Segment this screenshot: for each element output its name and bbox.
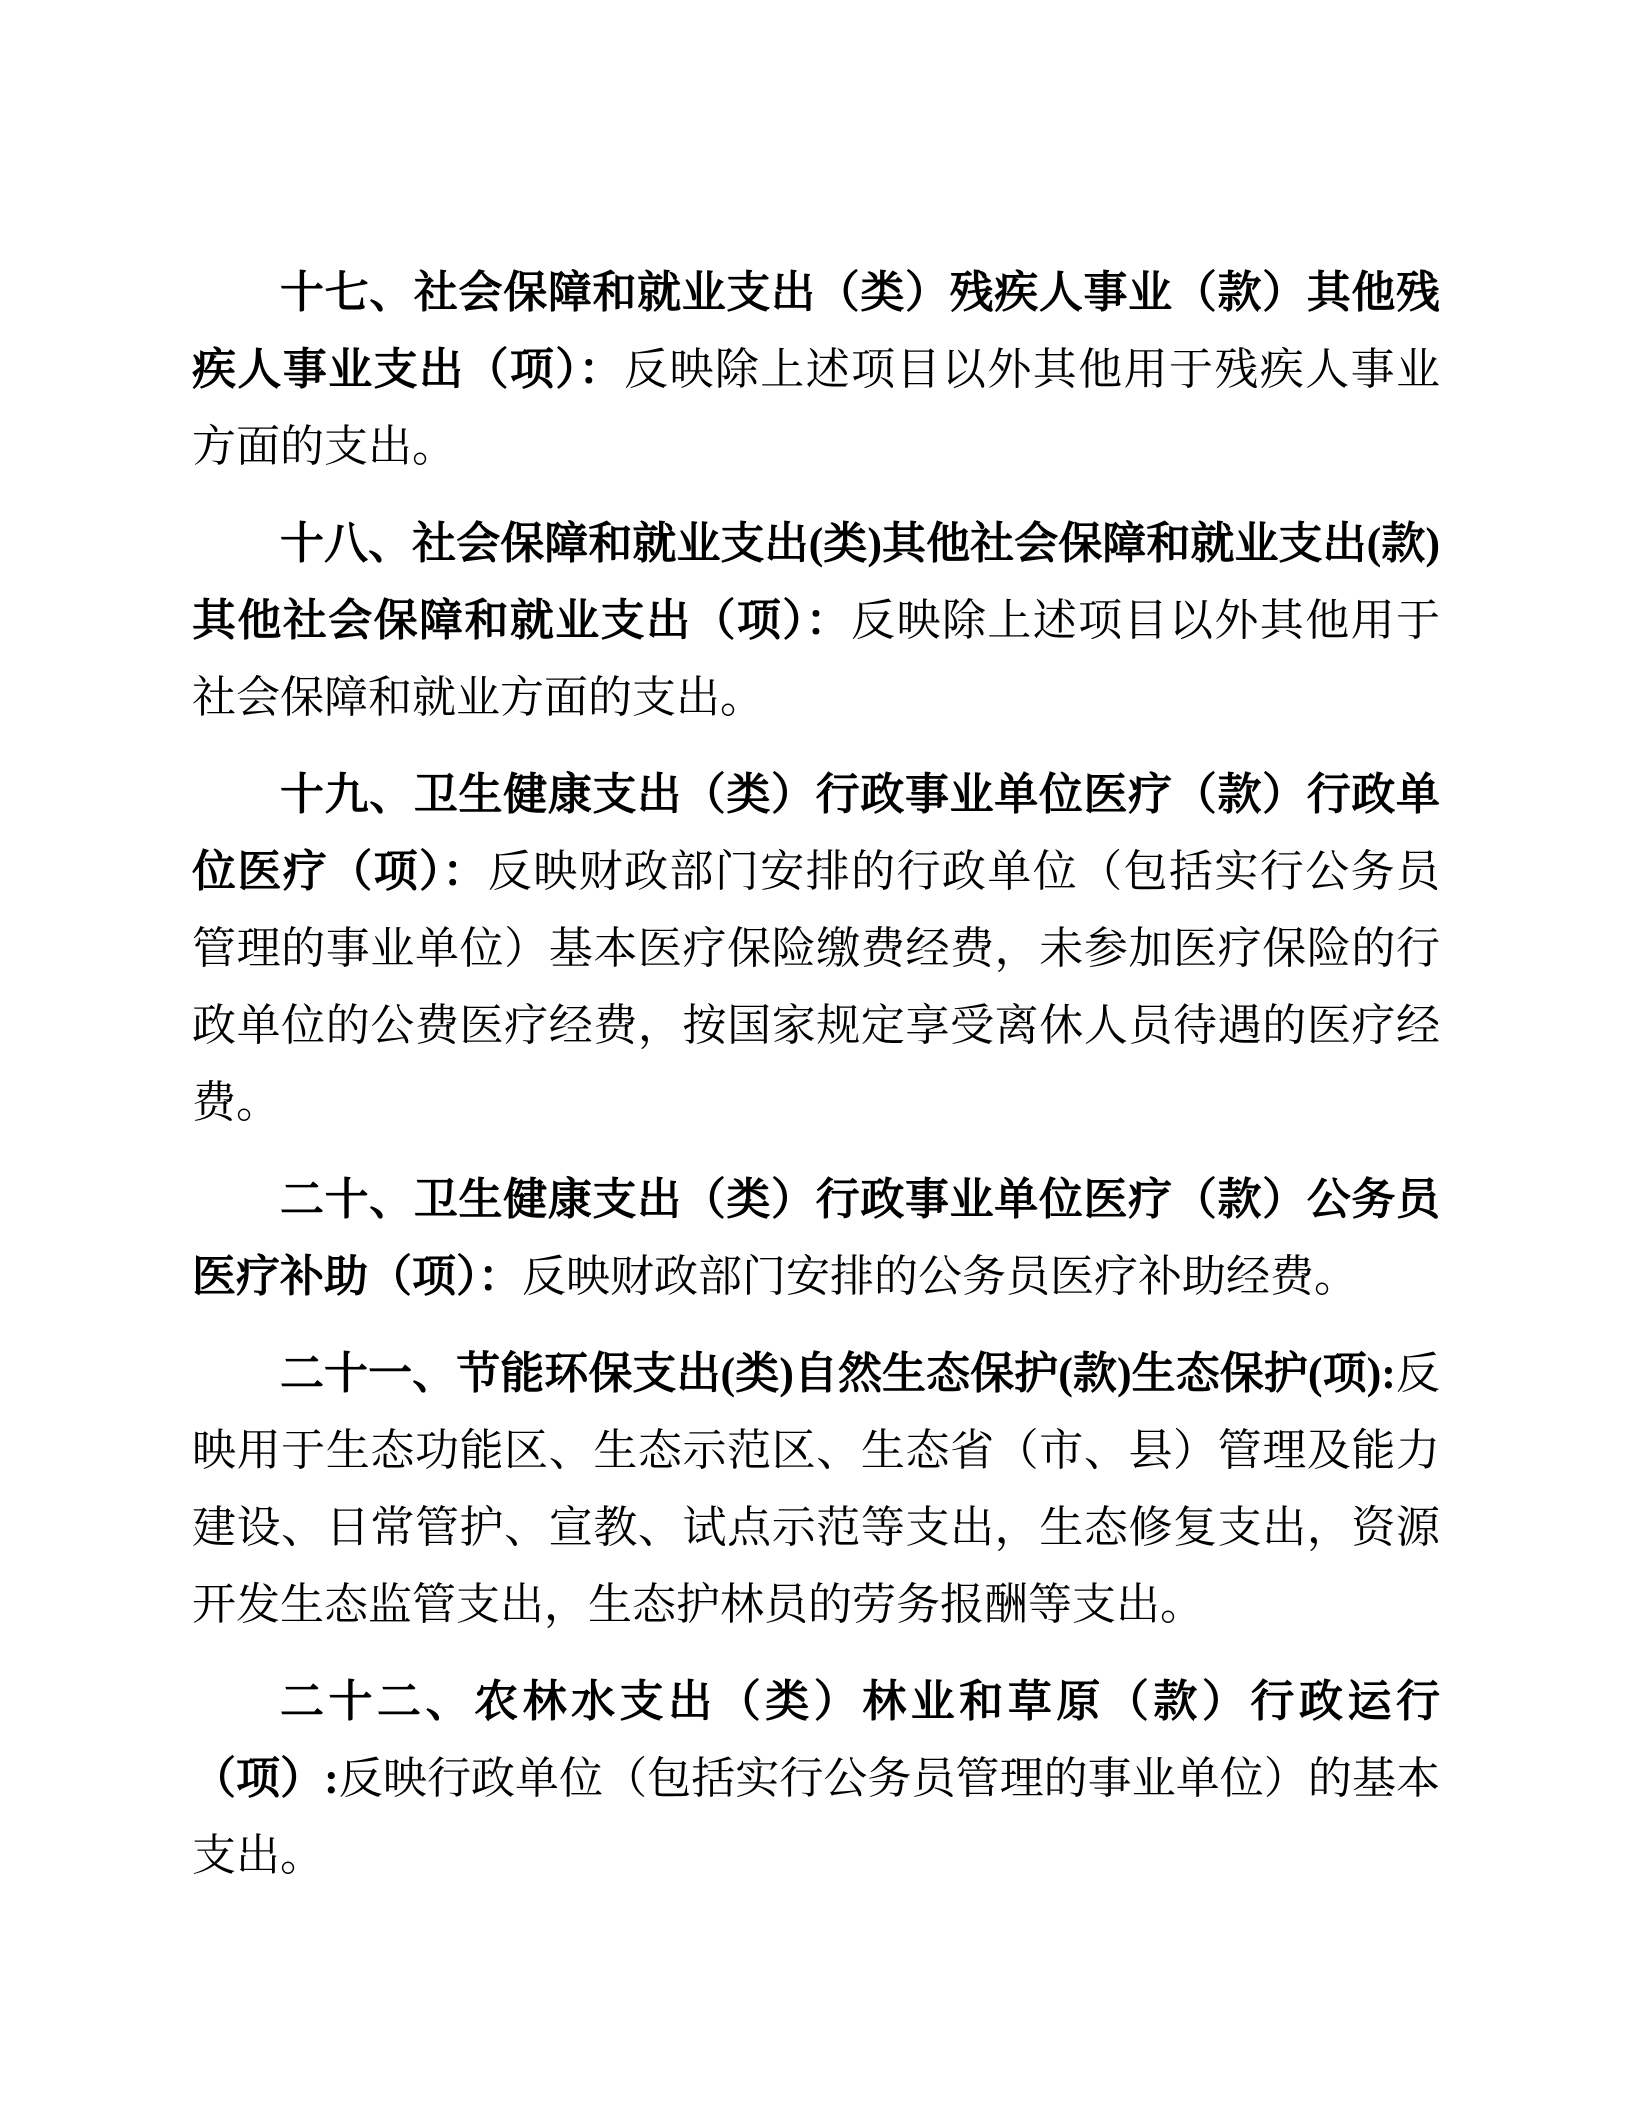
paragraph-22-body: 反映行政单位（包括实行公务员管理的事业单位）的基本支出。: [192, 1754, 1440, 1880]
paragraph-item-20: 二十、卫生健康支出（类）行政事业单位医疗（款）公务员医疗补助（项）：反映财政部门…: [192, 1161, 1440, 1315]
paragraph-20-body: 反映财政部门安排的公务员医疗补助经费。: [522, 1252, 1358, 1301]
paragraph-item-19: 十九、卫生健康支出（类）行政事业单位医疗（款）行政单位医疗（项）：反映财政部门安…: [192, 756, 1440, 1141]
document-page: 十七、社会保障和就业支出（类）残疾人事业（款）其他残疾人事业支出（项）：反映除上…: [0, 0, 1632, 2112]
paragraph-item-22: 二十二、农林水支出（类）林业和草原（款）行政运行（项）:反映行政单位（包括实行公…: [192, 1663, 1440, 1894]
paragraph-item-17: 十七、社会保障和就业支出（类）残疾人事业（款）其他残疾人事业支出（项）：反映除上…: [192, 254, 1440, 485]
paragraph-item-21: 二十一、节能环保支出(类)自然生态保护(款)生态保护(项):反映用于生态功能区、…: [192, 1335, 1440, 1643]
paragraph-21-heading: 二十一、节能环保支出(类)自然生态保护(款)生态保护(项):: [280, 1349, 1396, 1398]
paragraph-item-18: 十八、社会保障和就业支出(类)其他社会保障和就业支出(款)其他社会保障和就业支出…: [192, 505, 1440, 736]
